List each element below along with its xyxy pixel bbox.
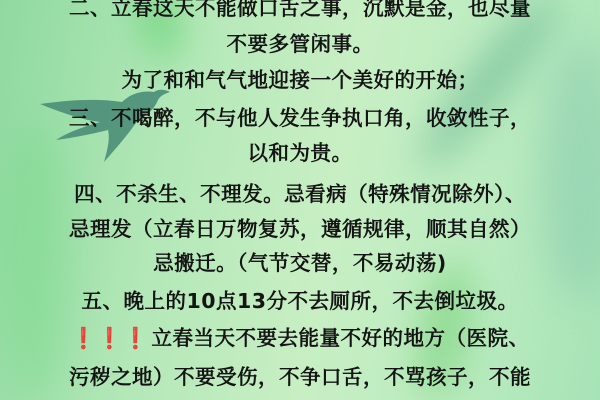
text-line-8: 忌搬迁。（气节交替，不易动荡) xyxy=(0,251,600,275)
text-line-11: 污秽之地）不要受伤，不争口舌，不骂孩子，不能 xyxy=(0,365,600,389)
text-line-3: 为了和和气气地迎接一个美好的开始； xyxy=(0,68,600,92)
text-line-5: 以和为贵。 xyxy=(0,141,600,165)
text-line-6: 四、不杀生、不理发。忌看病（特殊情况除外）、 xyxy=(0,182,600,206)
poster-text-block: 二、立春这天不能做口舌之事，沉默是金，也尽量 不要多管闲事。 为了和和气气地迎接… xyxy=(0,0,600,400)
warning-exclamation-icon: ❗❗❗ xyxy=(70,326,148,350)
text-line-7: 忌理发（立春日万物复苏，遵循规律，顺其自然） xyxy=(0,217,600,241)
text-line-9: 五、晚上的10点13分不去厕所，不去倒垃圾。 xyxy=(0,289,600,313)
text-line-10-content: 立春当天不要去能量不好的地方（医院、 xyxy=(152,326,530,350)
text-line-10: ❗❗❗立春当天不要去能量不好的地方（医院、 xyxy=(0,326,600,350)
text-line-1: 二、立春这天不能做口舌之事，沉默是金，也尽量 xyxy=(0,0,600,20)
text-line-2: 不要多管闲事。 xyxy=(0,32,600,56)
text-line-4: 三、不喝醉，不与他人发生争执口角，收敛性子， xyxy=(0,106,600,130)
